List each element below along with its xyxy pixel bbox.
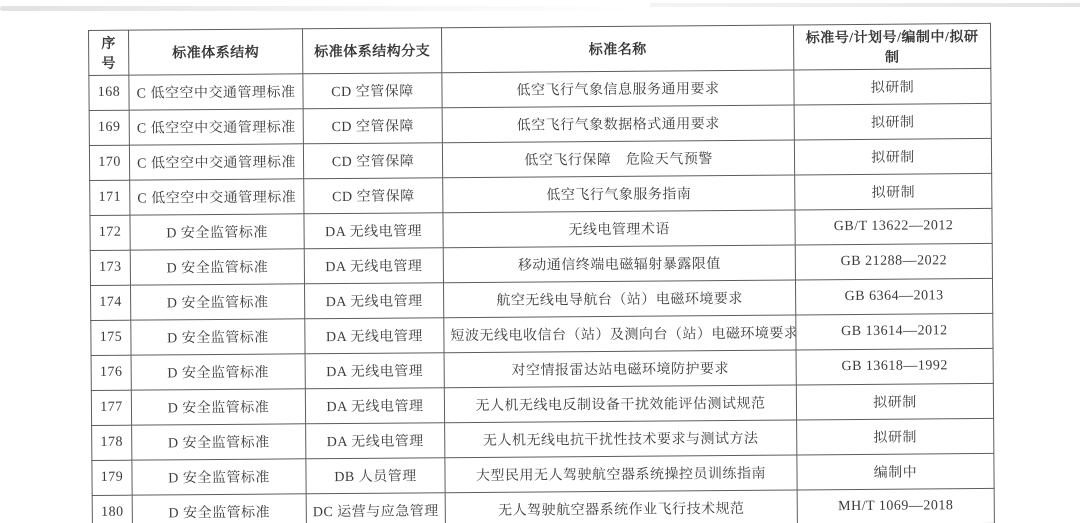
cell-standard-number-status: GB 21288—2022 [795, 243, 992, 280]
cell-standard-number-status: GB 13614—2012 [796, 313, 993, 350]
cell-serial-number: 179 [92, 460, 132, 495]
cell-system-structure: D 安全监管标准 [132, 424, 306, 460]
header-serial-number: 序号 [89, 30, 129, 75]
cell-serial-number: 178 [92, 425, 132, 460]
cell-system-branch: CD 空管保障 [304, 178, 443, 214]
cell-standard-number-status: 编制中 [797, 453, 994, 490]
cell-system-branch: CD 空管保障 [303, 73, 442, 109]
header-row: 序号 标准体系结构 标准体系结构分支 标准名称 标准号/计划号/编制中/拟研制 [89, 23, 991, 75]
cell-standard-number-status: 拟研制 [794, 103, 991, 140]
cell-serial-number: 172 [90, 215, 130, 250]
cell-standard-number-status: MH/T 1069—2018 [797, 488, 994, 523]
cell-system-structure: D 安全监管标准 [130, 249, 304, 285]
cell-system-branch: DA 无线电管理 [306, 423, 445, 459]
header-system-structure: 标准体系结构 [129, 29, 303, 75]
cell-system-branch: DA 无线电管理 [305, 318, 444, 354]
cell-system-branch: DB 人员管理 [306, 458, 445, 494]
cell-standard-number-status: GB 6364—2013 [795, 278, 992, 315]
cell-system-branch: DC 运营与应急管理 [306, 493, 445, 523]
table-row: 180D 安全监管标准DC 运营与应急管理无人驾驶航空器系统作业飞行技术规范MH… [92, 488, 994, 523]
cell-standard-number-status: 拟研制 [794, 138, 991, 175]
cell-serial-number: 174 [91, 285, 131, 320]
cell-system-branch: CD 空管保障 [303, 108, 442, 144]
standards-table: 序号 标准体系结构 标准体系结构分支 标准名称 标准号/计划号/编制中/拟研制 … [88, 23, 995, 523]
cell-standard-name: 无人驾驶航空器系统作业飞行技术规范 [445, 490, 797, 523]
cell-system-structure: D 安全监管标准 [132, 459, 306, 495]
cell-standard-name: 低空飞行保障 危险天气预警 [442, 140, 794, 178]
cell-serial-number: 180 [92, 495, 132, 523]
cell-system-branch: DA 无线电管理 [305, 283, 444, 319]
cell-system-structure: D 安全监管标准 [131, 389, 305, 425]
cell-system-structure: D 安全监管标准 [132, 494, 306, 523]
cell-system-branch: DA 无线电管理 [305, 353, 444, 389]
cell-standard-number-status: 拟研制 [795, 173, 992, 210]
cell-serial-number: 169 [89, 110, 129, 145]
cell-standard-name: 航空无线电导航台（站）电磁环境要求 [443, 280, 795, 318]
cell-standard-number-status: GB 13618—1992 [796, 348, 993, 385]
cell-standard-number-status: 拟研制 [796, 383, 993, 420]
cell-system-branch: DA 无线电管理 [304, 213, 443, 249]
cell-standard-name: 对空情报雷达站电磁环境防护要求 [444, 350, 796, 388]
cell-standard-name: 无人机无线电抗干扰性技术要求与测试方法 [445, 420, 797, 458]
cell-system-structure: C 低空空中交通管理标准 [129, 74, 303, 110]
cell-standard-number-status: 拟研制 [794, 68, 991, 105]
cell-system-branch: DA 无线电管理 [305, 388, 444, 424]
cell-standard-name: 大型民用无人驾驶航空器系统操控员训练指南 [445, 455, 797, 493]
cell-standard-name: 无人机无线电反制设备干扰效能评估测试规范 [444, 385, 796, 423]
cell-standard-name: 低空飞行气象服务指南 [443, 175, 795, 213]
cell-system-branch: CD 空管保障 [303, 143, 442, 179]
header-standard-number-status: 标准号/计划号/编制中/拟研制 [793, 23, 990, 70]
header-system-branch: 标准体系结构分支 [302, 28, 441, 74]
cell-standard-name: 无线电管理术语 [443, 210, 795, 248]
cell-system-structure: D 安全监管标准 [131, 284, 305, 320]
header-standard-name: 标准名称 [441, 25, 793, 73]
scanned-document-page: 序号 标准体系结构 标准体系结构分支 标准名称 标准号/计划号/编制中/拟研制 … [88, 23, 994, 523]
cell-standard-number-status: 拟研制 [797, 418, 994, 455]
cell-system-structure: D 安全监管标准 [131, 354, 305, 390]
cell-system-structure: C 低空空中交通管理标准 [129, 109, 303, 145]
cell-standard-name: 低空飞行气象信息服务通用要求 [442, 70, 794, 108]
cell-serial-number: 173 [90, 250, 130, 285]
cell-standard-number-status: GB/T 13622—2012 [795, 208, 992, 245]
cell-serial-number: 177 [91, 390, 131, 425]
scan-artifact-streak [650, 3, 1080, 7]
cell-standard-name: 移动通信终端电磁辐射暴露限值 [443, 245, 795, 283]
cell-system-structure: C 低空空中交通管理标准 [129, 144, 303, 180]
cell-serial-number: 168 [89, 75, 129, 110]
cell-system-structure: D 安全监管标准 [131, 319, 305, 355]
cell-serial-number: 175 [91, 320, 131, 355]
cell-serial-number: 171 [90, 180, 130, 215]
cell-standard-name: 短波无线电收信台（站）及测向台（站）电磁环境要求 [444, 315, 796, 353]
cell-system-structure: C 低空空中交通管理标准 [130, 179, 304, 215]
table-body: 168C 低空空中交通管理标准CD 空管保障低空飞行气象信息服务通用要求拟研制1… [89, 68, 995, 523]
cell-serial-number: 176 [91, 355, 131, 390]
cell-system-structure: D 安全监管标准 [130, 214, 304, 250]
cell-standard-name: 低空飞行气象数据格式通用要求 [442, 105, 794, 143]
cell-system-branch: DA 无线电管理 [304, 248, 443, 284]
cell-serial-number: 170 [89, 145, 129, 180]
scan-artifact-streak [0, 6, 640, 11]
